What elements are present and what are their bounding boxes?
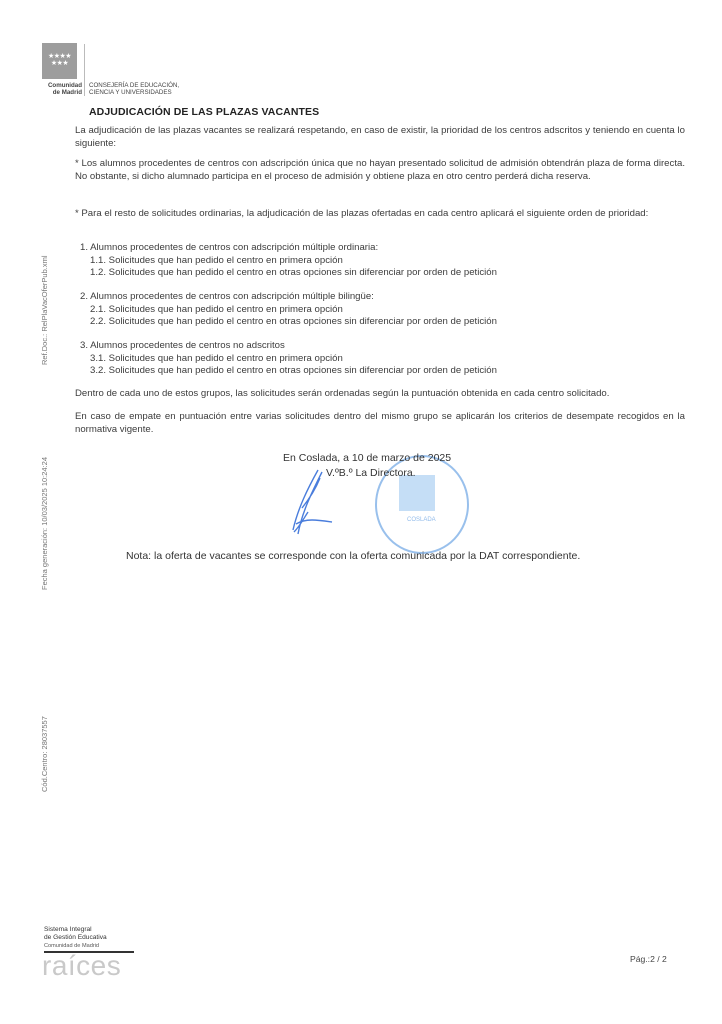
priority-subitem: 2.2. Solicitudes que han pedido el centr… xyxy=(80,316,497,329)
priority-subitem: 1.2. Solicitudes que han pedido el centr… xyxy=(80,267,497,280)
priority-item-1: 1. Alumnos procedentes de centros con ad… xyxy=(80,242,497,255)
side-fecha-generacion: Fecha generación: 10/03/2025 10:24:24 xyxy=(40,457,49,590)
comunidad-madrid-logo: ★★★★★★★ xyxy=(42,43,77,79)
priority-subitem: 3.1. Solicitudes que han pedido el centr… xyxy=(80,353,497,366)
place-date: En Coslada, a 10 de marzo de 2025 xyxy=(283,452,451,464)
stars-icon: ★★★★★★★ xyxy=(44,53,75,67)
stamp-emblem xyxy=(399,475,435,511)
unique-adscription-paragraph: * Los alumnos procedentes de centros con… xyxy=(75,157,685,183)
priority-subitem: 1.1. Solicitudes que han pedido el centr… xyxy=(80,255,497,268)
logo-name: Comunidad de Madrid xyxy=(36,82,82,96)
department-name: CONSEJERÍA DE EDUCACIÓN, CIENCIA Y UNIVE… xyxy=(89,82,179,96)
footer-system-name: Sistema Integral de Gestión Educativa Co… xyxy=(44,926,107,950)
tie-paragraph: En caso de empate en puntuación entre va… xyxy=(75,410,685,436)
note: Nota: la oferta de vacantes se correspon… xyxy=(126,550,580,562)
priority-item-2: 2. Alumnos procedentes de centros con ad… xyxy=(80,291,497,304)
logo-divider xyxy=(84,44,85,96)
priority-subitem: 3.2. Solicitudes que han pedido el centr… xyxy=(80,365,497,378)
ordinary-requests-paragraph: * Para el resto de solicitudes ordinaria… xyxy=(75,207,685,220)
intro-paragraph: La adjudicación de las plazas vacantes s… xyxy=(75,124,685,150)
groups-paragraph: Dentro de cada uno de estos grupos, las … xyxy=(75,387,685,400)
side-ref-doc: Ref.Doc.: RelPlaVacOferPub.xml xyxy=(40,256,49,365)
page-number: Pág.:2 / 2 xyxy=(630,954,667,964)
priority-item-3: 3. Alumnos procedentes de centros no ads… xyxy=(80,340,497,353)
raices-logo: raíces xyxy=(42,950,121,982)
priority-subitem: 2.1. Solicitudes que han pedido el centr… xyxy=(80,304,497,317)
side-cod-centro: Cód.Centro: 28037557 xyxy=(40,716,49,792)
stamp-center-text: COSLADA xyxy=(407,517,436,523)
priority-list: 1. Alumnos procedentes de centros con ad… xyxy=(80,242,497,378)
document-title: ADJUDICACIÓN DE LAS PLAZAS VACANTES xyxy=(89,106,319,118)
signatory: V.ºB.º La Directora. xyxy=(326,467,416,479)
